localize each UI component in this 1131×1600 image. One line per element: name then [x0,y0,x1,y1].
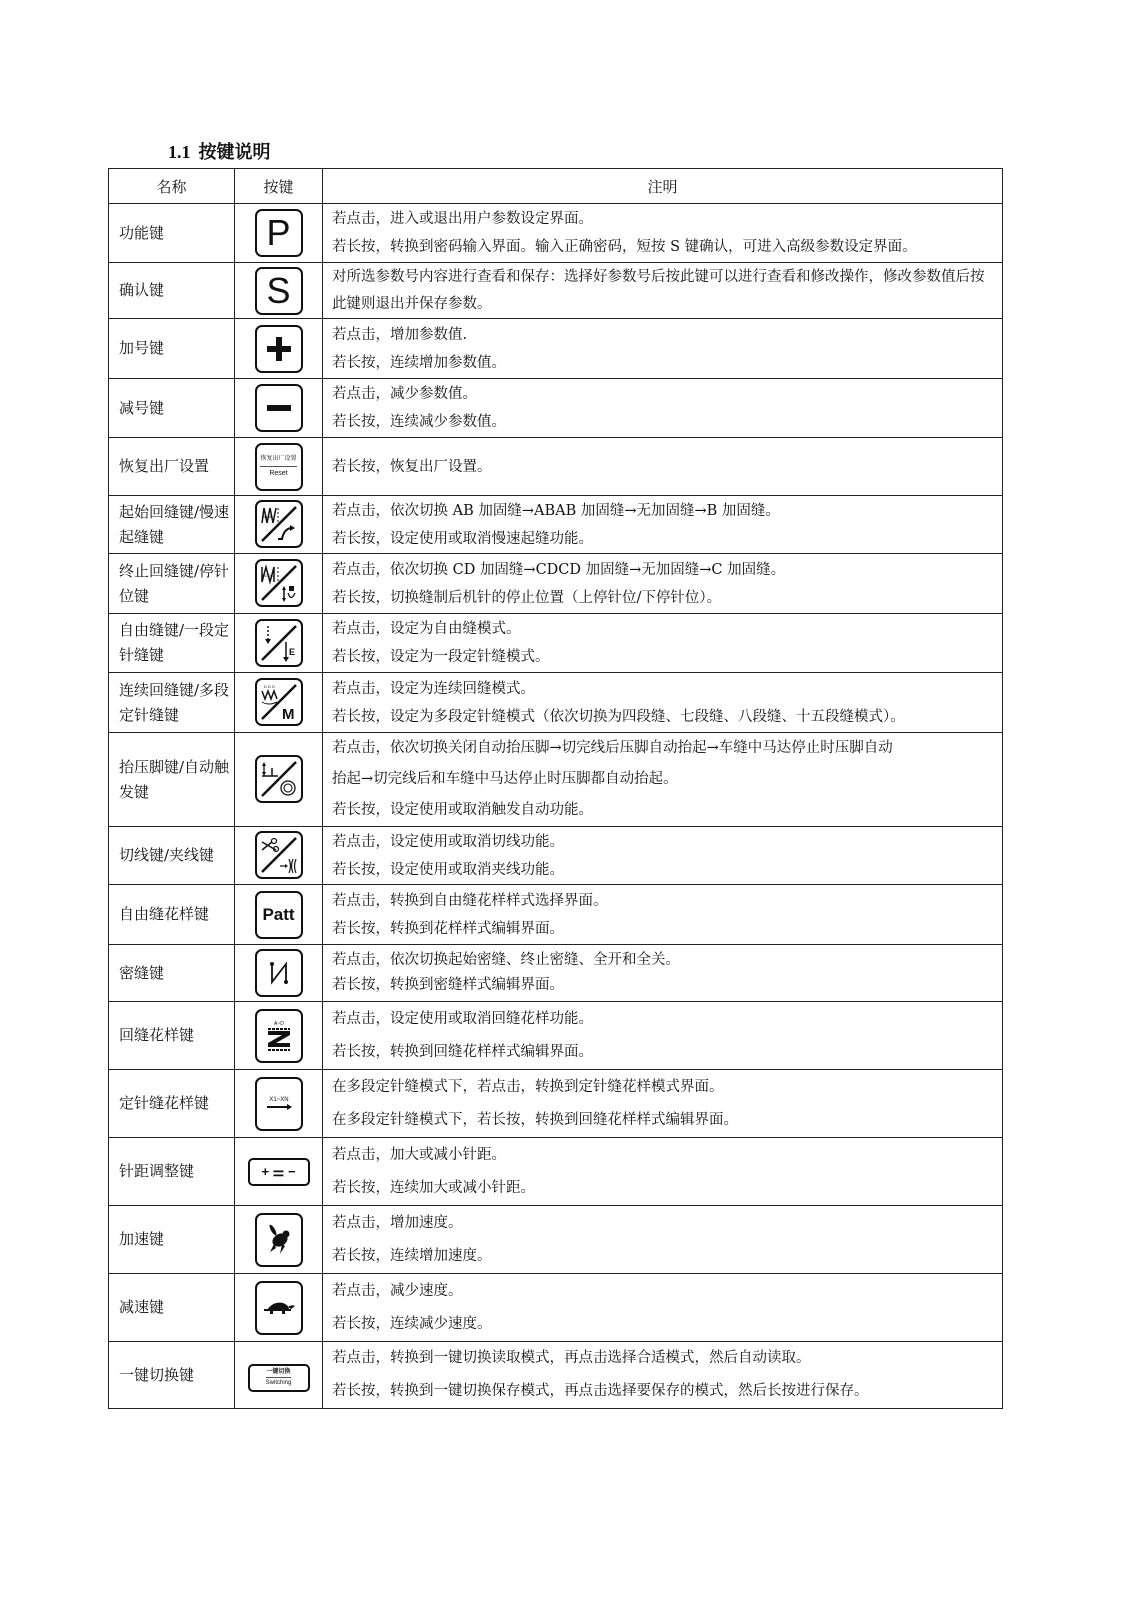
condensed-stitch-icon [255,949,303,997]
key-name: 一键切换键 [109,1342,235,1409]
table-row: 密缝键 若点击，依次切换起始密缝、终止密缝、全开和全关。若长按，转换到密缝样式编… [109,945,1003,1002]
key-name: 密缝键 [109,945,235,1002]
section-title: 按键说明 [199,142,271,162]
thread-trim-clamp-icon [255,831,303,879]
rabbit-icon [255,1213,303,1267]
table-header-row: 名称 按键 注明 [109,169,1003,204]
key-name: 加号键 [109,319,235,379]
key-p-icon: P [255,209,303,257]
reset-icon: 恢复出厂设置Reset [255,443,303,491]
header-key: 按键 [235,169,323,204]
key-description: 若点击，依次切换 CD 加固缝→CDCD 加固缝→无加固缝→C 加固缝。若长按，… [323,554,1003,614]
table-row: 定针缝花样键 X1~XN 在多段定针缝模式下，若点击，转换到定针缝花样模式界面。… [109,1070,1003,1138]
key-description: 若点击，依次切换关闭自动抬压脚→切完线后压脚自动抬起→车缝中马达停止时压脚自动抬… [323,733,1003,827]
key-name: 终止回缝键/停针位键 [109,554,235,614]
stitch-length-icon: + ⚌ − [248,1158,310,1186]
table-row: 回缝花样键 A~D 若点击，设定使用或取消回缝花样功能。若长按，转换到回缝花样样… [109,1002,1003,1070]
key-description: 若长按，恢复出厂设置。 [323,438,1003,496]
section-heading: 1.1按键说明 [168,138,271,164]
key-description: 若点击，增加参数值.若长按，连续增加参数值。 [323,319,1003,379]
key-description: 若点击，依次切换起始密缝、终止密缝、全开和全关。若长按，转换到密缝样式编辑界面。 [323,945,1003,1002]
svg-text:D D D: D D D [264,684,275,689]
table-row: 加速键 若点击，增加速度。若长按，连续增加速度。 [109,1206,1003,1274]
key-name: 功能键 [109,204,235,263]
table-row: 恢复出厂设置 恢复出厂设置Reset 若长按，恢复出厂设置。 [109,438,1003,496]
key-description: 若点击，设定为连续回缝模式。若长按，设定为多段定针缝模式（依次切换为四段缝、七段… [323,673,1003,733]
presser-foot-auto-trigger-icon [255,755,303,803]
table-row: 一键切换键 一键切换Switching 若点击，转换到一键切换读取模式，再点击选… [109,1342,1003,1409]
key-name: 确认键 [109,263,235,319]
table-row: 抬压脚键/自动触发键 若点击，依次切换关闭自动抬压脚→切完线后压脚自动抬起→车缝… [109,733,1003,827]
key-name: 减速键 [109,1274,235,1342]
key-description: 若点击，进入或退出用户参数设定界面。若长按，转换到密码输入界面。输入正确密码，短… [323,204,1003,263]
key-description: 若点击，加大或减小针距。若长按，连续加大或减小针距。 [323,1138,1003,1206]
svg-text:ABAB: ABAB [262,514,273,519]
key-description-table: 名称 按键 注明 功能键 P 若点击，进入或退出用户参数设定界面。若长按，转换到… [108,168,1003,1409]
key-description: 若点击，减少参数值。若长按，连续减少参数值。 [323,379,1003,438]
key-description: 若点击，设定使用或取消回缝花样功能。若长按，转换到回缝花样样式编辑界面。 [323,1002,1003,1070]
key-name: 减号键 [109,379,235,438]
key-description: 若点击，设定为自由缝模式。若长按，设定为一段定针缝模式。 [323,614,1003,673]
plus-icon [255,325,303,373]
key-description: 若点击，转换到自由缝花样样式选择界面。若长按，转换到花样样式编辑界面。 [323,885,1003,945]
table-row: 自由缝花样键 Patt 若点击，转换到自由缝花样样式选择界面。若长按，转换到花样… [109,885,1003,945]
fixed-needle-pattern-icon: X1~XN [255,1077,303,1131]
key-s-icon: S [255,267,303,315]
table-row: 起始回缝键/慢速起缝键 ABAB 若点击，依次切换 AB 加固缝→ABAB 加固… [109,496,1003,554]
key-description: 若点击，增加速度。若长按，连续增加速度。 [323,1206,1003,1274]
key-name: 加速键 [109,1206,235,1274]
turtle-icon [255,1281,303,1335]
svg-text:E: E [289,647,295,657]
key-name: 定针缝花样键 [109,1070,235,1138]
svg-text:A~D: A~D [274,1021,284,1027]
key-description: 对所选参数号内容进行查看和保存：选择好参数号后按此键可以进行查看和修改操作，修改… [323,263,1003,319]
key-description: 若点击，依次切换 AB 加固缝→ABAB 加固缝→无加固缝→B 加固缝。若长按，… [323,496,1003,554]
key-name: 自由缝花样键 [109,885,235,945]
table-row: 加号键 若点击，增加参数值.若长按，连续增加参数值。 [109,319,1003,379]
minus-icon [255,384,303,432]
key-description: 若点击，转换到一键切换读取模式，再点击选择合适模式，然后自动读取。若长按，转换到… [323,1342,1003,1409]
key-name: 连续回缝键/多段定针缝键 [109,673,235,733]
header-name: 名称 [109,169,235,204]
key-description: 若点击，设定使用或取消切线功能。若长按，设定使用或取消夹线功能。 [323,827,1003,885]
backtack-pattern-icon: A~D [255,1009,303,1063]
start-backtack-slow-start-icon: ABAB [255,500,303,548]
table-row: 连续回缝键/多段定针缝键 D D D M 若点击，设定为连续回缝模式。若长按，设… [109,673,1003,733]
svg-text:M: M [282,706,295,723]
table-row: 终止回缝键/停针位键 DCDC 若点击，依次切换 CD 加固缝→CDCD 加固缝… [109,554,1003,614]
key-name: 抬压脚键/自动触发键 [109,733,235,827]
continuous-backtack-multi-section-icon: D D D M [255,678,303,726]
table-row: 减号键 若点击，减少参数值。若长按，连续减少参数值。 [109,379,1003,438]
key-description: 在多段定针缝模式下，若点击，转换到定针缝花样模式界面。在多段定针缝模式下，若长按… [323,1070,1003,1138]
table-row: 功能键 P 若点击，进入或退出用户参数设定界面。若长按，转换到密码输入界面。输入… [109,204,1003,263]
header-description: 注明 [323,169,1003,204]
table-row: 切线键/夹线键 若点击，设定使用或取消切线功能。若长按，设定使用或取消夹线功能。 [109,827,1003,885]
table-row: 自由缝键/一段定针缝键 E 若点击，设定为自由缝模式。若长按，设定为一段定针缝模… [109,614,1003,673]
key-name: 切线键/夹线键 [109,827,235,885]
key-description: 若点击，减少速度。若长按，连续减少速度。 [323,1274,1003,1342]
table-row: 确认键 S 对所选参数号内容进行查看和保存：选择好参数号后按此键可以进行查看和修… [109,263,1003,319]
pattern-icon: Patt [255,891,303,939]
end-backtack-needle-stop-icon: DCDC [255,559,303,607]
section-number: 1.1 [168,142,191,162]
table-row: 减速键 若点击，减少速度。若长按，连续减少速度。 [109,1274,1003,1342]
free-sew-one-section-icon: E [255,619,303,667]
svg-text:X1~XN: X1~XN [269,1097,288,1103]
key-name: 针距调整键 [109,1138,235,1206]
key-name: 起始回缝键/慢速起缝键 [109,496,235,554]
svg-text:DCDC: DCDC [262,573,274,578]
one-key-switch-icon: 一键切换Switching [248,1364,310,1392]
table-row: 针距调整键 + ⚌ − 若点击，加大或减小针距。若长按，连续加大或减小针距。 [109,1138,1003,1206]
key-name: 自由缝键/一段定针缝键 [109,614,235,673]
key-name: 恢复出厂设置 [109,438,235,496]
key-name: 回缝花样键 [109,1002,235,1070]
